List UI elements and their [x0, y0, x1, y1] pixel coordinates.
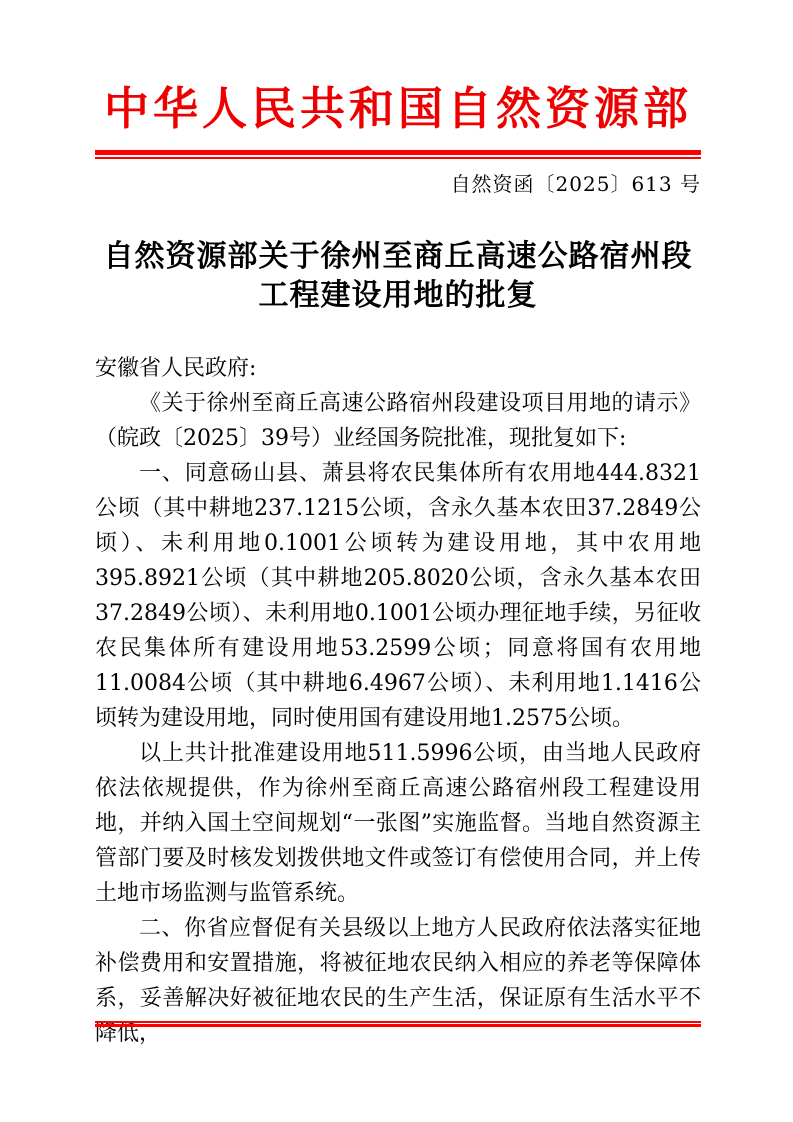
footer-red-rule — [95, 1021, 701, 1027]
title-line-2: 工程建设用地的批复 — [259, 278, 538, 313]
salutation: 安徽省人民政府: — [95, 351, 701, 386]
title-line-1: 自然资源部关于徐州至商丘高速公路宿州段 — [104, 239, 693, 274]
header-red-rule — [95, 150, 701, 159]
document-title: 自然资源部关于徐州至商丘高速公路宿州段 工程建设用地的批复 — [95, 237, 701, 315]
paragraph-item-two: 二、你省应督促有关县级以上地方人民政府依法落实征地补偿费用和安置措施，将被征地农… — [95, 911, 701, 1051]
official-document-page: 中华人民共和国自然资源部 自然资函〔2025〕613 号 自然资源部关于徐州至商… — [0, 0, 793, 1122]
footer-rule-bottom-line — [95, 1024, 701, 1027]
paragraph-intro: 《关于徐州至商丘高速公路宿州段建设项目用地的请示》（皖政〔2025〕39号）业经… — [95, 386, 701, 456]
document-body: 安徽省人民政府: 《关于徐州至商丘高速公路宿州段建设项目用地的请示》（皖政〔20… — [95, 351, 701, 1051]
document-content: 中华人民共和国自然资源部 自然资函〔2025〕613 号 自然资源部关于徐州至商… — [95, 0, 701, 1051]
document-number: 自然资函〔2025〕613 号 — [95, 171, 701, 197]
agency-name-header: 中华人民共和国自然资源部 — [95, 82, 701, 136]
paragraph-summary: 以上共计批准建设用地511.5996公顷，由当地人民政府依法依规提供，作为徐州至… — [95, 736, 701, 911]
paragraph-item-one: 一、同意砀山县、萧县将农民集体所有农用地444.8321公顷（其中耕地237.1… — [95, 456, 701, 736]
header-rule-thin-line — [95, 157, 701, 159]
